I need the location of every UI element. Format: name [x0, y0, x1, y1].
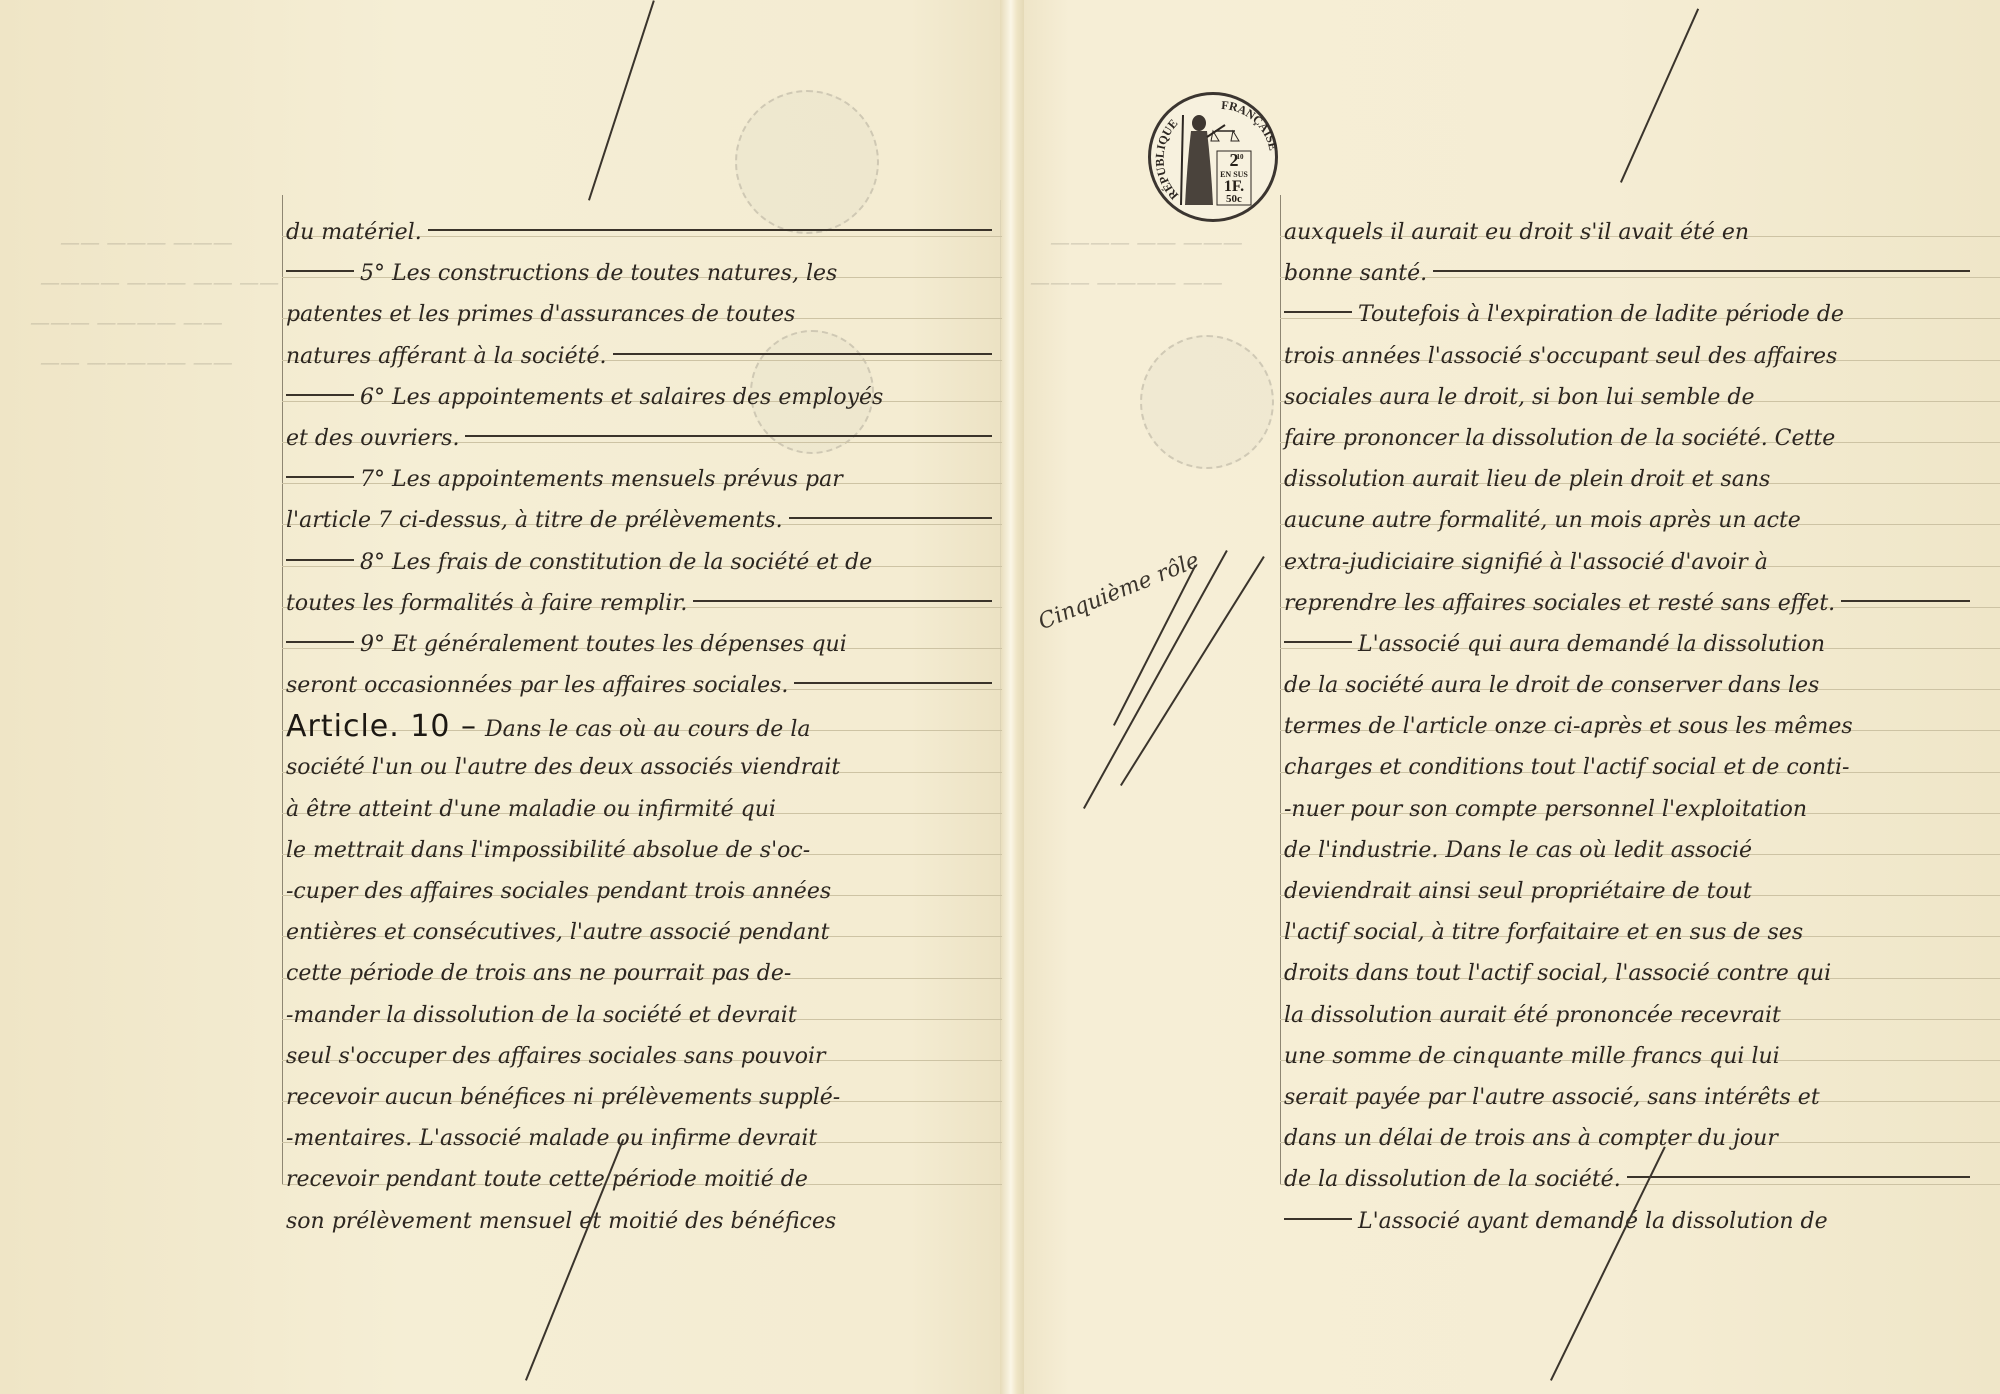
- line-text: patentes et les primes d'assurances de t…: [286, 302, 795, 327]
- line-text: du matériel.: [286, 220, 422, 245]
- handwritten-line: le mettrait dans l'impossibilité absolue…: [286, 830, 1006, 871]
- indent-dash: [286, 270, 354, 272]
- handwritten-line: 7° Les appointements mensuels prévus par: [286, 459, 1006, 500]
- line-text: cette période de trois ans ne pourrait p…: [286, 961, 791, 986]
- handwritten-line: -nuer pour son compte personnel l'exploi…: [1284, 789, 1984, 830]
- handwritten-line: l'actif social, à titre forfaitaire et e…: [1284, 912, 1984, 953]
- handwritten-line: cette période de trois ans ne pourrait p…: [286, 953, 1006, 994]
- line-fill-dash: [1627, 1176, 1970, 1178]
- line-text: dissolution aurait lieu de plein droit e…: [1284, 467, 1770, 492]
- line-text: deviendrait ainsi seul propriétaire de t…: [1284, 879, 1752, 904]
- line-text: entières et consécutives, l'autre associ…: [286, 920, 829, 945]
- line-text: trois années l'associé s'occupant seul d…: [1284, 344, 1837, 369]
- handwritten-line: son prélèvement mensuel et moitié des bé…: [286, 1201, 1006, 1242]
- bleed-through-text: ———— —— ———: [1050, 230, 1243, 254]
- left-page-text: du matériel.5° Les constructions de tout…: [286, 212, 1006, 1242]
- handwritten-line: société l'un ou l'autre des deux associé…: [286, 747, 1006, 788]
- indent-dash: [1284, 641, 1352, 643]
- line-text: aucune autre formalité, un mois après un…: [1284, 508, 1801, 533]
- line-text: 9° Et généralement toutes les dépenses q…: [360, 632, 847, 657]
- fiscal-stamp: RÉPUBLIQUE FRANÇAISE 2 10 EN SUS 1F. 50c: [1148, 92, 1278, 222]
- line-text: -nuer pour son compte personnel l'exploi…: [1284, 797, 1807, 822]
- line-text: reprendre les affaires sociales et resté…: [1284, 591, 1835, 616]
- bleed-through-text: ———— ——— —— ——: [40, 270, 279, 294]
- handwritten-line: aucune autre formalité, un mois après un…: [1284, 500, 1984, 541]
- indent-dash: [286, 476, 354, 478]
- handwritten-line: Article. 10 –Dans le cas où au cours de …: [286, 706, 1006, 747]
- bleed-through-text: —— ————— ——: [40, 350, 233, 374]
- line-text: 8° Les frais de constitution de la socié…: [360, 550, 872, 575]
- right-page-text: auxquels il aurait eu droit s'il avait é…: [1284, 212, 1984, 1242]
- handwritten-line: de la société aura le droit de conserver…: [1284, 665, 1984, 706]
- indent-dash: [286, 394, 354, 396]
- line-fill-dash: [794, 682, 992, 684]
- line-text: 7° Les appointements mensuels prévus par: [360, 467, 843, 492]
- line-text: -cuper des affaires sociales pendant tro…: [286, 879, 831, 904]
- handwritten-line: droits dans tout l'actif social, l'assoc…: [1284, 953, 1984, 994]
- indent-dash: [1284, 311, 1352, 313]
- handwritten-line: Toutefois à l'expiration de ladite pério…: [1284, 294, 1984, 335]
- handwritten-line: -cuper des affaires sociales pendant tro…: [286, 871, 1006, 912]
- svg-text:FRANÇAISE: FRANÇAISE: [1221, 98, 1281, 152]
- handwritten-line: l'article 7 ci-dessus, à titre de prélèv…: [286, 500, 1006, 541]
- line-text: 6° Les appointements et salaires des emp…: [360, 385, 883, 410]
- line-text: droits dans tout l'actif social, l'assoc…: [1284, 961, 1831, 986]
- line-text: toutes les formalités à faire remplir.: [286, 591, 687, 616]
- line-text: serait payée par l'autre associé, sans i…: [1284, 1085, 1820, 1110]
- handwritten-line: de la dissolution de la société.: [1284, 1159, 1984, 1200]
- handwritten-line: -mentaires. L'associé malade ou infirme …: [286, 1118, 1006, 1159]
- bleed-through-text: ——— ———— ——: [30, 310, 223, 334]
- line-text: charges et conditions tout l'actif socia…: [1284, 755, 1849, 780]
- line-text: seront occasionnées par les affaires soc…: [286, 673, 788, 698]
- line-text: 5° Les constructions de toutes natures, …: [360, 261, 837, 286]
- line-text: la dissolution aurait été prononcée rece…: [1284, 1003, 1781, 1028]
- line-text: seul s'occuper des affaires sociales san…: [286, 1044, 826, 1069]
- handwritten-line: trois années l'associé s'occupant seul d…: [1284, 336, 1984, 377]
- line-text: L'associé ayant demandé la dissolution d…: [1358, 1209, 1828, 1234]
- line-text: faire prononcer la dissolution de la soc…: [1284, 426, 1835, 451]
- handwritten-line: de l'industrie. Dans le cas où ledit ass…: [1284, 830, 1984, 871]
- handwritten-line: seront occasionnées par les affaires soc…: [286, 665, 1006, 706]
- document-spread: —— ——— ——— ———— ——— —— —— ——— ———— —— ——…: [0, 0, 2000, 1394]
- line-text: recevoir aucun bénéfices ni prélèvements…: [286, 1085, 840, 1110]
- line-text: dans un délai de trois ans à compter du …: [1284, 1126, 1778, 1151]
- handwritten-line: dissolution aurait lieu de plein droit e…: [1284, 459, 1984, 500]
- line-text: recevoir pendant toute cette période moi…: [286, 1167, 808, 1192]
- handwritten-line: 8° Les frais de constitution de la socié…: [286, 542, 1006, 583]
- line-text: Dans le cas où au cours de la: [485, 717, 810, 742]
- line-text: société l'un ou l'autre des deux associé…: [286, 755, 840, 780]
- line-text: l'actif social, à titre forfaitaire et e…: [1284, 920, 1803, 945]
- handwritten-line: sociales aura le droit, si bon lui sembl…: [1284, 377, 1984, 418]
- handwritten-line: faire prononcer la dissolution de la soc…: [1284, 418, 1984, 459]
- line-text: l'article 7 ci-dessus, à titre de prélèv…: [286, 508, 783, 533]
- line-text: bonne santé.: [1284, 261, 1427, 286]
- line-text: extra-judiciaire signifié à l'associé d'…: [1284, 550, 1768, 575]
- line-text: -mentaires. L'associé malade ou infirme …: [286, 1126, 817, 1151]
- line-text: sociales aura le droit, si bon lui sembl…: [1284, 385, 1754, 410]
- stamp-artwork-icon: RÉPUBLIQUE FRANÇAISE: [1151, 95, 1281, 225]
- line-fill-dash: [693, 600, 992, 602]
- handwritten-line: toutes les formalités à faire remplir.: [286, 583, 1006, 624]
- svg-text:RÉPUBLIQUE: RÉPUBLIQUE: [1152, 116, 1181, 202]
- handwritten-line: recevoir pendant toute cette période moi…: [286, 1159, 1006, 1200]
- line-fill-dash: [613, 353, 992, 355]
- article-heading: Article. 10 –: [286, 709, 477, 744]
- line-fill-dash: [1841, 600, 1970, 602]
- indent-dash: [286, 641, 354, 643]
- handwritten-line: une somme de cinquante mille francs qui …: [1284, 1036, 1984, 1077]
- handwritten-line: natures afférant à la société.: [286, 336, 1006, 377]
- line-text: de la société aura le droit de conserver…: [1284, 673, 1819, 698]
- line-text: termes de l'article onze ci-après et sou…: [1284, 714, 1853, 739]
- line-fill-dash: [428, 229, 992, 231]
- handwritten-line: recevoir aucun bénéfices ni prélèvements…: [286, 1077, 1006, 1118]
- handwritten-line: termes de l'article onze ci-après et sou…: [1284, 706, 1984, 747]
- line-fill-dash: [1433, 270, 1970, 272]
- line-text: de l'industrie. Dans le cas où ledit ass…: [1284, 838, 1752, 863]
- stamp-value-fraction: 10: [1233, 153, 1247, 161]
- handwritten-line: entières et consécutives, l'autre associ…: [286, 912, 1006, 953]
- handwritten-line: la dissolution aurait été prononcée rece…: [1284, 995, 1984, 1036]
- line-text: une somme de cinquante mille francs qui …: [1284, 1044, 1780, 1069]
- line-fill-dash: [465, 435, 992, 437]
- handwritten-line: patentes et les primes d'assurances de t…: [286, 294, 1006, 335]
- handwritten-line: bonne santé.: [1284, 253, 1984, 294]
- handwritten-line: L'associé qui aura demandé la dissolutio…: [1284, 624, 1984, 665]
- handwritten-line: seul s'occuper des affaires sociales san…: [286, 1036, 1006, 1077]
- handwritten-line: charges et conditions tout l'actif socia…: [1284, 747, 1984, 788]
- handwritten-line: et des ouvriers.: [286, 418, 1006, 459]
- bleed-through-text: ——— ———— ——: [1030, 270, 1223, 294]
- line-text: à être atteint d'une maladie ou infirmit…: [286, 797, 776, 822]
- handwritten-line: reprendre les affaires sociales et resté…: [1284, 583, 1984, 624]
- handwritten-line: serait payée par l'autre associé, sans i…: [1284, 1077, 1984, 1118]
- line-text: Toutefois à l'expiration de ladite pério…: [1358, 302, 1844, 327]
- handwritten-line: 6° Les appointements et salaires des emp…: [286, 377, 1006, 418]
- handwritten-line: 9° Et généralement toutes les dépenses q…: [286, 624, 1006, 665]
- line-text: -mander la dissolution de la société et …: [286, 1003, 797, 1028]
- line-text: et des ouvriers.: [286, 426, 459, 451]
- handwritten-line: à être atteint d'une maladie ou infirmit…: [286, 789, 1006, 830]
- handwritten-line: deviendrait ainsi seul propriétaire de t…: [1284, 871, 1984, 912]
- indent-dash: [1284, 1218, 1352, 1220]
- line-text: le mettrait dans l'impossibilité absolue…: [286, 838, 810, 863]
- line-fill-dash: [789, 517, 992, 519]
- line-text: L'associé qui aura demandé la dissolutio…: [1358, 632, 1825, 657]
- stamp-value-cents: 50c: [1217, 194, 1251, 205]
- handwritten-line: extra-judiciaire signifié à l'associé d'…: [1284, 542, 1984, 583]
- handwritten-line: -mander la dissolution de la société et …: [286, 995, 1006, 1036]
- bleed-through-text: —— ——— ———: [60, 230, 233, 254]
- line-text: de la dissolution de la société.: [1284, 1167, 1621, 1192]
- handwritten-line: dans un délai de trois ans à compter du …: [1284, 1118, 1984, 1159]
- handwritten-line: du matériel.: [286, 212, 1006, 253]
- line-text: auxquels il aurait eu droit s'il avait é…: [1284, 220, 1749, 245]
- handwritten-line: auxquels il aurait eu droit s'il avait é…: [1284, 212, 1984, 253]
- line-text: son prélèvement mensuel et moitié des bé…: [286, 1209, 836, 1234]
- line-text: natures afférant à la société.: [286, 344, 607, 369]
- handwritten-line: 5° Les constructions de toutes natures, …: [286, 253, 1006, 294]
- indent-dash: [286, 559, 354, 561]
- embossed-seal-impression: [1140, 335, 1274, 469]
